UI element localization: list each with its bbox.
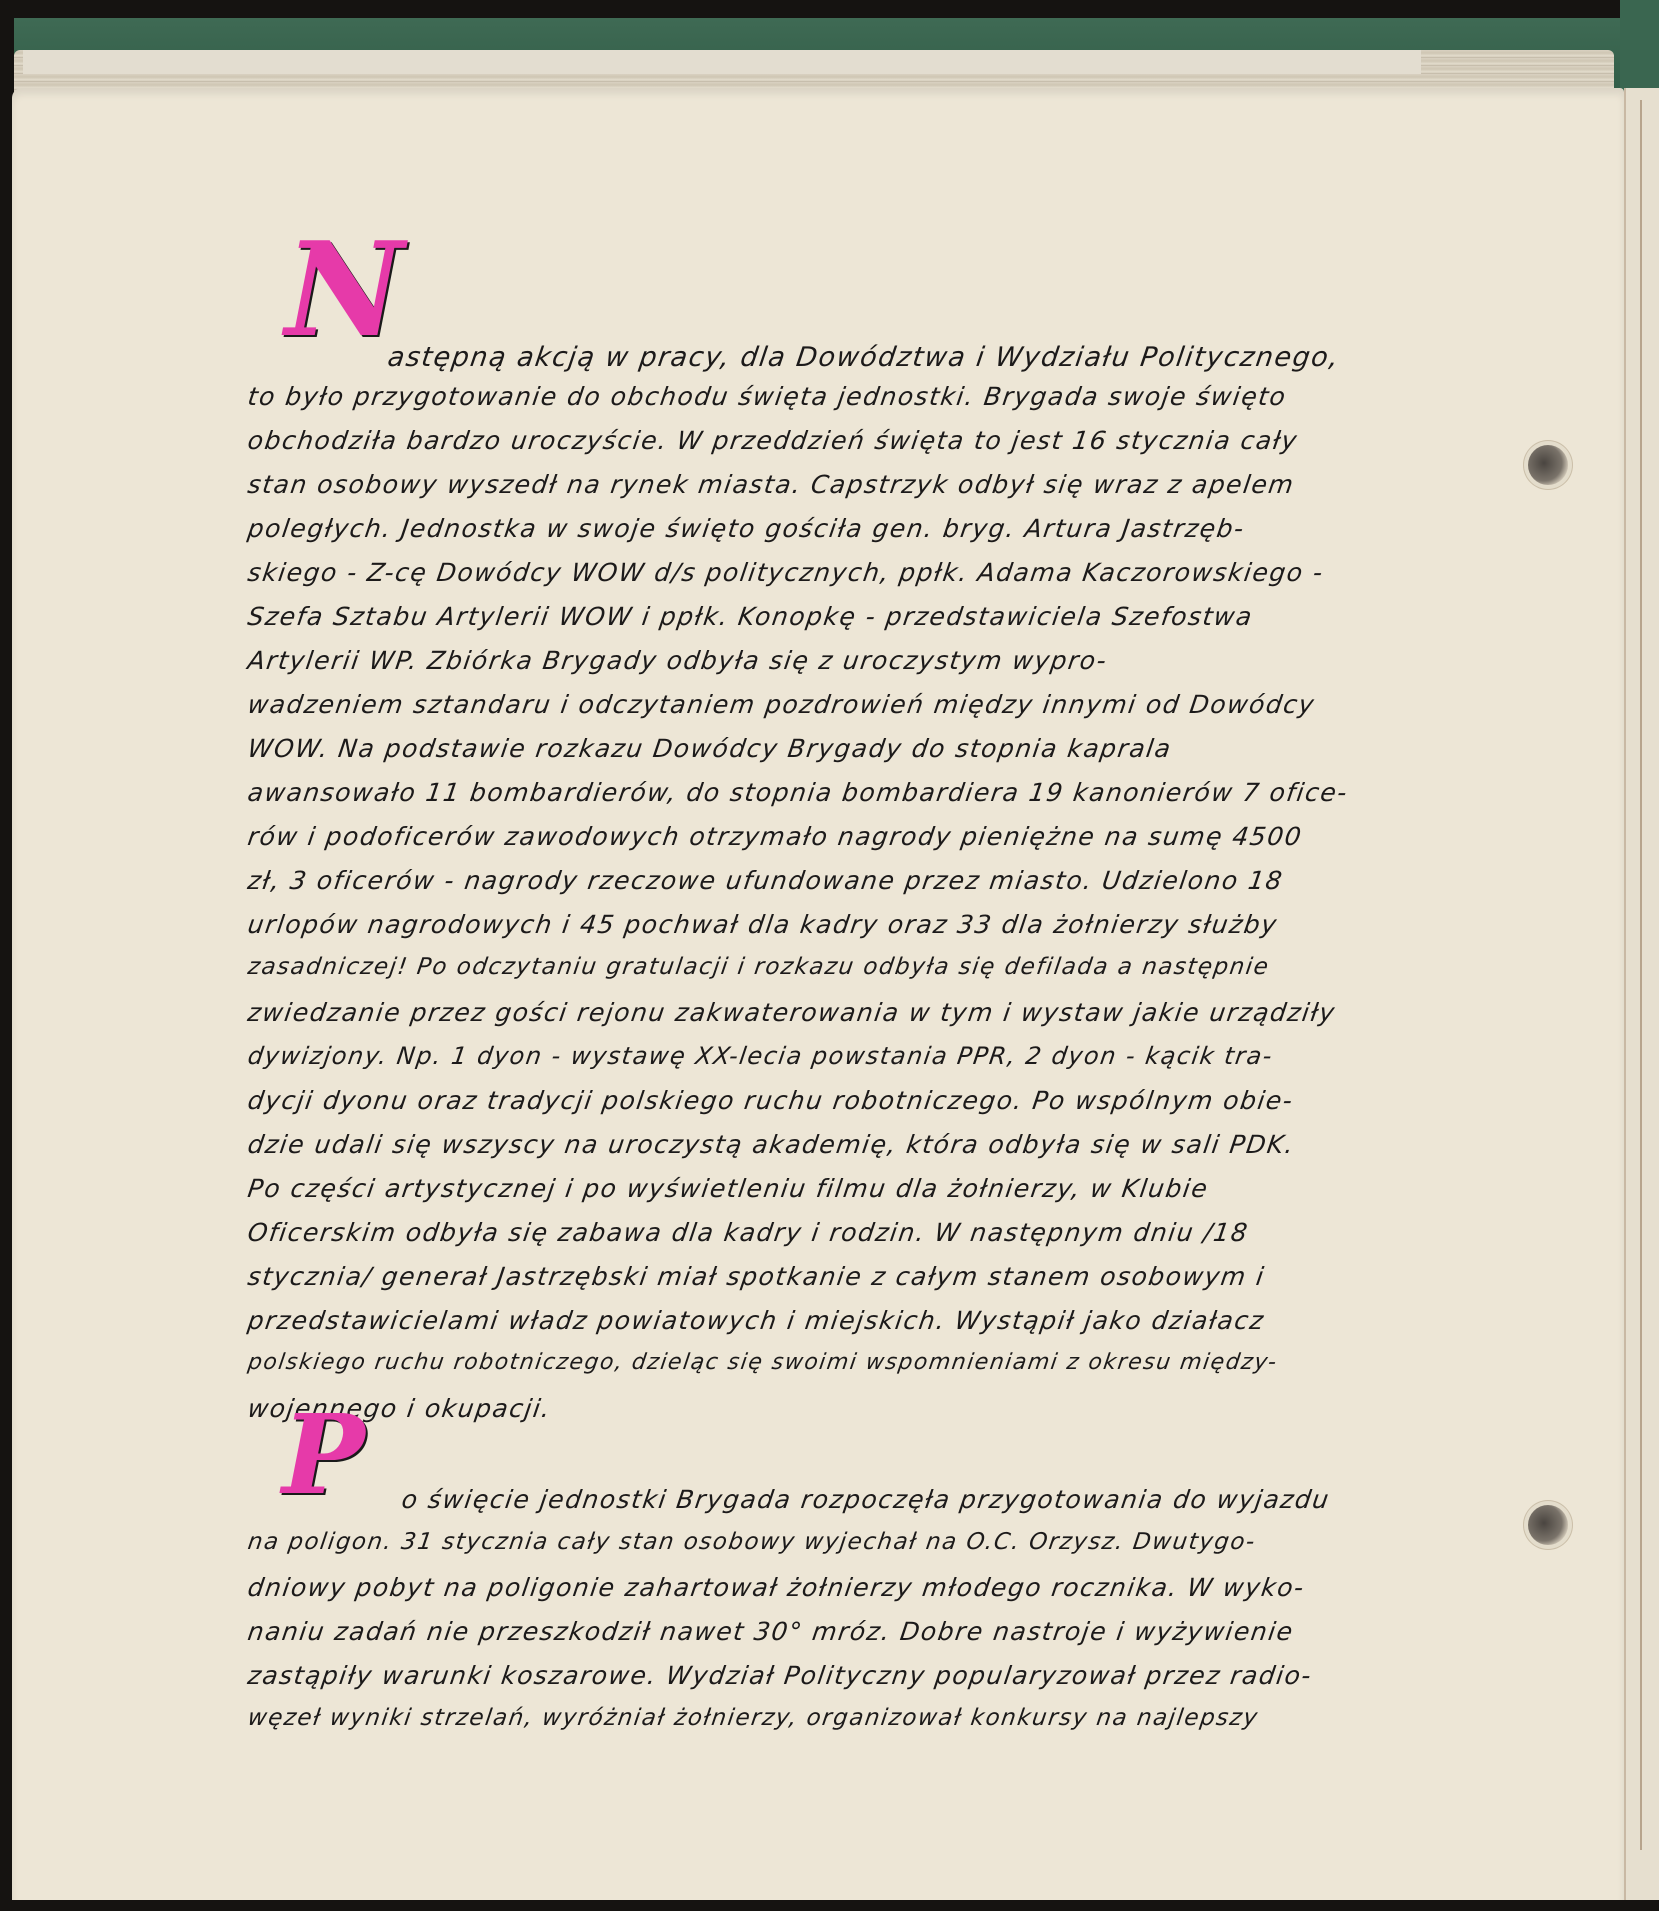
text-line: wadzeniem sztandaru i odczytaniem pozdro… [246, 690, 1317, 719]
punch-hole-icon [1528, 445, 1568, 485]
text-line: stycznia/ generał Jastrzębski miał spotk… [246, 1262, 1267, 1291]
dropcap-letter: P [282, 1400, 365, 1510]
loose-sheet-edge [23, 50, 1421, 74]
text-line: naniu zadań nie przeszkodził nawet 30° m… [246, 1617, 1296, 1646]
text-line: o święcie jednostki Brygada rozpoczęła p… [400, 1485, 1332, 1514]
text-line: Oficerskim odbyła się zabawa dla kadry i… [246, 1218, 1251, 1247]
text-line: skiego - Z-cę Dowódcy WOW d/s polityczny… [246, 558, 1326, 587]
background-edge [0, 1900, 1659, 1911]
text-line: rów i podoficerów zawodowych otrzymało n… [246, 822, 1304, 851]
text-line: to było przygotowanie do obchodu święta … [246, 382, 1289, 411]
text-line: przedstawicielami władz powiatowych i mi… [246, 1306, 1267, 1335]
text-line: zastąpiły warunki koszarowe. Wydział Pol… [246, 1661, 1314, 1690]
text-line: poległych. Jednostka w swoje święto gośc… [246, 514, 1247, 543]
dropcap-letter: N [285, 225, 404, 355]
text-line: na poligon. 31 stycznia cały stan osobow… [246, 1529, 1257, 1555]
text-line: stan osobowy wyszedł na rynek miasta. Ca… [246, 470, 1297, 499]
punch-hole-icon [1528, 1505, 1568, 1545]
text-line: zł, 3 oficerów - nagrody rzeczowe ufundo… [246, 866, 1285, 895]
text-line: Po części artystycznej i po wyświetleniu… [246, 1174, 1210, 1203]
text-line: WOW. Na podstawie rozkazu Dowódcy Brygad… [246, 734, 1174, 763]
page-fold-line [1640, 100, 1642, 1850]
text-line: Szefa Sztabu Artylerii WOW i ppłk. Konop… [246, 602, 1255, 631]
text-line: dywizjony. Np. 1 dyon - wystawę XX-lecia… [246, 1042, 1275, 1070]
text-line: zwiedzanie przez gości rejonu zakwaterow… [246, 998, 1338, 1027]
text-line: obchodziła bardzo uroczyście. W przeddzi… [246, 426, 1300, 455]
text-line: awansowało 11 bombardierów, do stopnia b… [246, 778, 1350, 807]
text-line: dycji dyonu oraz tradycji polskiego ruch… [246, 1086, 1296, 1115]
text-line: urlopów nagrodowych i 45 pochwał dla kad… [246, 910, 1280, 939]
text-line: węzeł wyniki strzelań, wyróżniał żołnier… [246, 1705, 1260, 1731]
text-line: astępną akcją w pracy, dla Dowództwa i W… [386, 342, 1342, 373]
text-line: dzie udali się wszyscy na uroczystą akad… [246, 1130, 1297, 1159]
text-line: dniowy pobyt na poligonie zahartował żoł… [246, 1573, 1307, 1602]
text-line: Artylerii WP. Zbiórka Brygady odbyła się… [246, 646, 1109, 675]
text-line: polskiego ruchu robotniczego, dzieląc si… [246, 1350, 1279, 1375]
text-line: zasadniczej! Po odczytaniu gratulacji i … [246, 954, 1271, 980]
